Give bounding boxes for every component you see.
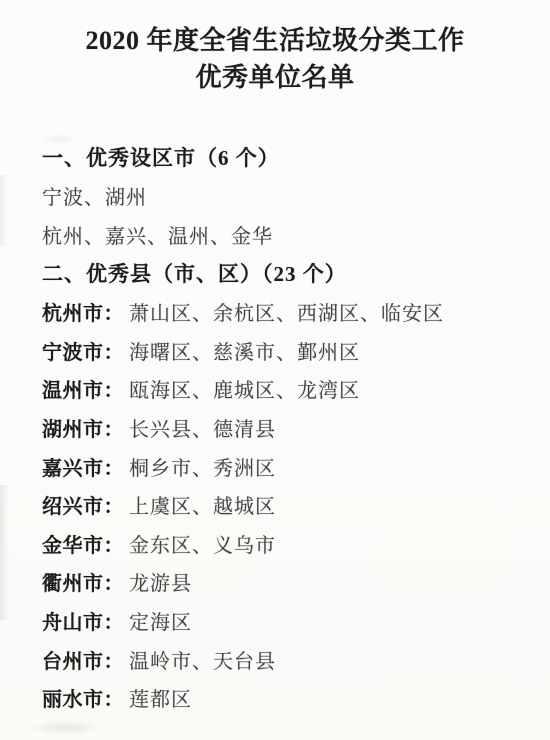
district-list: 龙游县 (129, 567, 192, 596)
city-label: 温州市： (42, 374, 124, 403)
city-label: 舟山市： (42, 606, 124, 635)
city-entry-row: 温州市：瓯海区、鹿城区、龙湾区 (42, 370, 522, 409)
city-entry-row: 湖州市：长兴县、德清县 (42, 408, 522, 447)
scan-artifact-left-edge (0, 485, 9, 620)
city-entry-row: 台州市：温岭市、天台县 (42, 640, 522, 679)
district-list: 萧山区、余杭区、西湖区、临安区 (129, 297, 444, 326)
document-title: 2020 年度全省生活垃圾分类工作 优秀单位名单 (0, 22, 550, 96)
district-list: 海曙区、慈溪市、鄞州区 (129, 336, 360, 365)
city-entry-row: 舟山市：定海区 (42, 601, 522, 640)
city-entry-row: 衢州市：龙游县 (42, 563, 522, 602)
scan-artifact-bottom-smudge (30, 720, 102, 735)
city-label: 台州市： (42, 645, 124, 674)
city-entry-row: 杭州市：萧山区、余杭区、西湖区、临安区 (42, 292, 522, 331)
district-list: 金东区、义乌市 (129, 529, 276, 558)
city-entry-row: 绍兴市：上虞区、越城区 (42, 485, 522, 524)
city-label: 杭州市： (42, 297, 124, 326)
title-line-2: 优秀单位名单 (0, 59, 550, 96)
city-label: 绍兴市： (42, 490, 124, 519)
city-label: 丽水市： (42, 683, 124, 712)
scan-artifact-left-edge-upper (0, 175, 7, 245)
city-list-line: 宁波、湖州 (42, 177, 522, 216)
district-list: 上虞区、越城区 (129, 490, 276, 519)
document-page: 2020 年度全省生活垃圾分类工作 优秀单位名单 一、优秀设区市（6 个）宁波、… (0, 0, 550, 740)
district-list: 温岭市、天台县 (129, 645, 276, 674)
city-list-line: 杭州、嘉兴、温州、金华 (42, 215, 522, 254)
city-entry-row: 金华市：金东区、义乌市 (42, 524, 522, 563)
district-list: 定海区 (129, 606, 192, 635)
district-list: 桐乡市、秀洲区 (129, 452, 276, 481)
district-list: 莲都区 (129, 683, 192, 712)
city-label: 金华市： (42, 529, 124, 558)
city-label: 宁波市： (42, 336, 124, 365)
city-entry-row: 宁波市：海曙区、慈溪市、鄞州区 (42, 331, 522, 370)
city-entry-row: 嘉兴市：桐乡市、秀洲区 (42, 447, 522, 486)
city-entry-row: 丽水市：莲都区 (42, 678, 522, 717)
section-heading: 二、优秀县（市、区）（23 个） (42, 254, 522, 293)
document-body: 一、优秀设区市（6 个）宁波、湖州杭州、嘉兴、温州、金华二、优秀县（市、区）（2… (42, 138, 522, 717)
district-list: 长兴县、德清县 (129, 413, 276, 442)
city-label: 嘉兴市： (42, 452, 124, 481)
district-list: 瓯海区、鹿城区、龙湾区 (129, 374, 360, 403)
city-label: 衢州市： (42, 567, 124, 596)
city-label: 湖州市： (42, 413, 124, 442)
section-heading: 一、优秀设区市（6 个） (42, 138, 522, 177)
title-line-1: 2020 年度全省生活垃圾分类工作 (0, 22, 550, 59)
